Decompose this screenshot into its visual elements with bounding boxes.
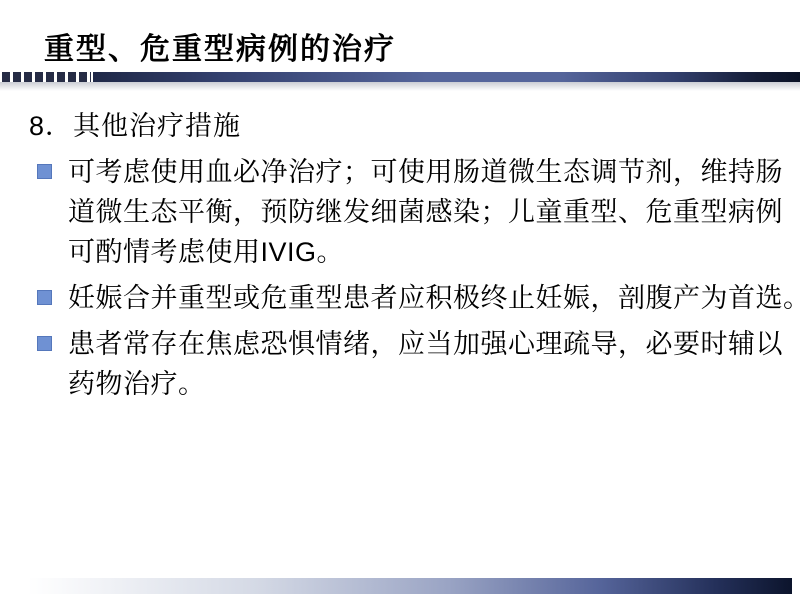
bullet-text-line: 药物治疗。 bbox=[68, 364, 792, 404]
divider-shadow bbox=[0, 82, 800, 91]
section-heading: 8．其他治疗措施 bbox=[29, 106, 792, 146]
presentation-slide: 重型、危重型病例的治疗 8．其他治疗措施 可考虑使用血必净治疗；可使用肠道微生态… bbox=[0, 0, 800, 600]
bullet-square-icon bbox=[37, 164, 52, 179]
slide-title: 重型、危重型病例的治疗 bbox=[44, 24, 396, 68]
slide-body: 8．其他治疗措施 可考虑使用血必净治疗；可使用肠道微生态调节剂，维持肠 道微生态… bbox=[29, 106, 792, 404]
bullet-item: 妊娠合并重型或危重型患者应积极终止妊娠，剖腹产为首选。 bbox=[29, 278, 792, 318]
bullet-item: 患者常存在焦虑恐惧情绪，应当加强心理疏导，必要时辅以 药物治疗。 bbox=[29, 324, 792, 404]
divider-dashes bbox=[2, 72, 91, 82]
bullet-item: 可考虑使用血必净治疗；可使用肠道微生态调节剂，维持肠 道微生态平衡，预防继发细菌… bbox=[29, 152, 792, 272]
bullet-text-line: 妊娠合并重型或危重型患者应积极终止妊娠，剖腹产为首选。 bbox=[68, 278, 792, 318]
divider-bar bbox=[93, 72, 800, 82]
bullet-square-icon bbox=[37, 336, 52, 351]
bullet-text-line: 可考虑使用血必净治疗；可使用肠道微生态调节剂，维持肠 bbox=[68, 152, 792, 192]
bullet-text-line: 患者常存在焦虑恐惧情绪，应当加强心理疏导，必要时辅以 bbox=[68, 324, 792, 364]
bullet-text-line: 可酌情考虑使用IVIG。 bbox=[68, 232, 792, 272]
bullet-square-icon bbox=[37, 290, 52, 305]
bullet-text-line: 道微生态平衡，预防继发细菌感染；儿童重型、危重型病例 bbox=[68, 192, 792, 232]
footer-bar bbox=[28, 578, 792, 594]
